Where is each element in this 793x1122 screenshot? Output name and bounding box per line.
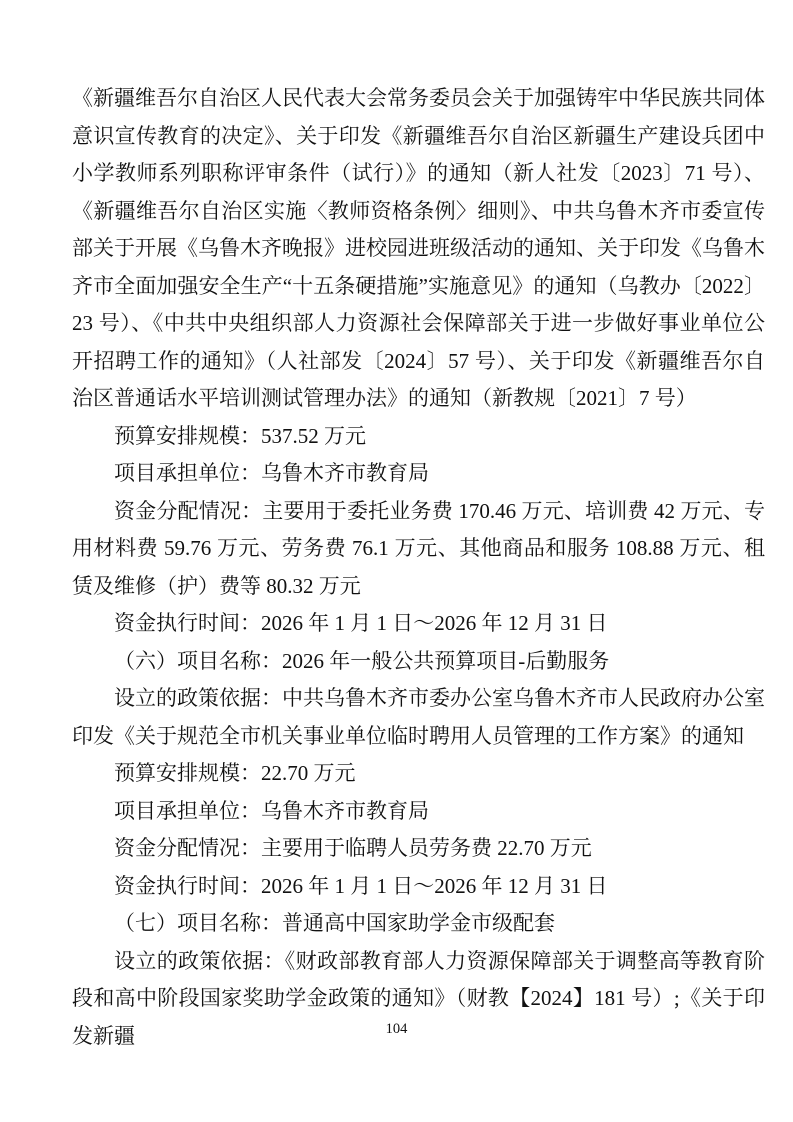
- page-number: 104: [0, 1020, 793, 1038]
- item5-budget-scale: 预算安排规模：537.52 万元: [72, 418, 765, 456]
- policy-basis-continuation-paragraph: 《新疆维吾尔自治区人民代表大会常务委员会关于加强铸牢中华民族共同体意识宣传教育的…: [72, 80, 765, 418]
- item6-policy-basis: 设立的政策依据：中共乌鲁木齐市委办公室乌鲁木齐市人民政府办公室印发《关于规范全市…: [72, 680, 765, 755]
- item6-undertaking-unit: 项目承担单位：乌鲁木齐市教育局: [72, 793, 765, 831]
- item7-project-name: （七）项目名称：普通高中国家助学金市级配套: [72, 905, 765, 943]
- item5-fund-allocation: 资金分配情况：主要用于委托业务费 170.46 万元、培训费 42 万元、专用材…: [72, 493, 765, 606]
- item6-fund-allocation: 资金分配情况：主要用于临聘人员劳务费 22.70 万元: [72, 830, 765, 868]
- item6-fund-execution-period: 资金执行时间：2026 年 1 月 1 日～2026 年 12 月 31 日: [72, 868, 765, 906]
- item5-fund-execution-period: 资金执行时间：2026 年 1 月 1 日～2026 年 12 月 31 日: [72, 605, 765, 643]
- document-page: 《新疆维吾尔自治区人民代表大会常务委员会关于加强铸牢中华民族共同体意识宣传教育的…: [0, 0, 793, 1122]
- item6-budget-scale: 预算安排规模：22.70 万元: [72, 755, 765, 793]
- item6-project-name: （六）项目名称：2026 年一般公共预算项目-后勤服务: [72, 643, 765, 681]
- document-body-text: 《新疆维吾尔自治区人民代表大会常务委员会关于加强铸牢中华民族共同体意识宣传教育的…: [72, 80, 765, 1055]
- item7-policy-basis: 设立的政策依据：《财政部教育部人力资源保障部关于调整高等教育阶段和高中阶段国家奖…: [72, 943, 765, 1056]
- item5-undertaking-unit: 项目承担单位：乌鲁木齐市教育局: [72, 455, 765, 493]
